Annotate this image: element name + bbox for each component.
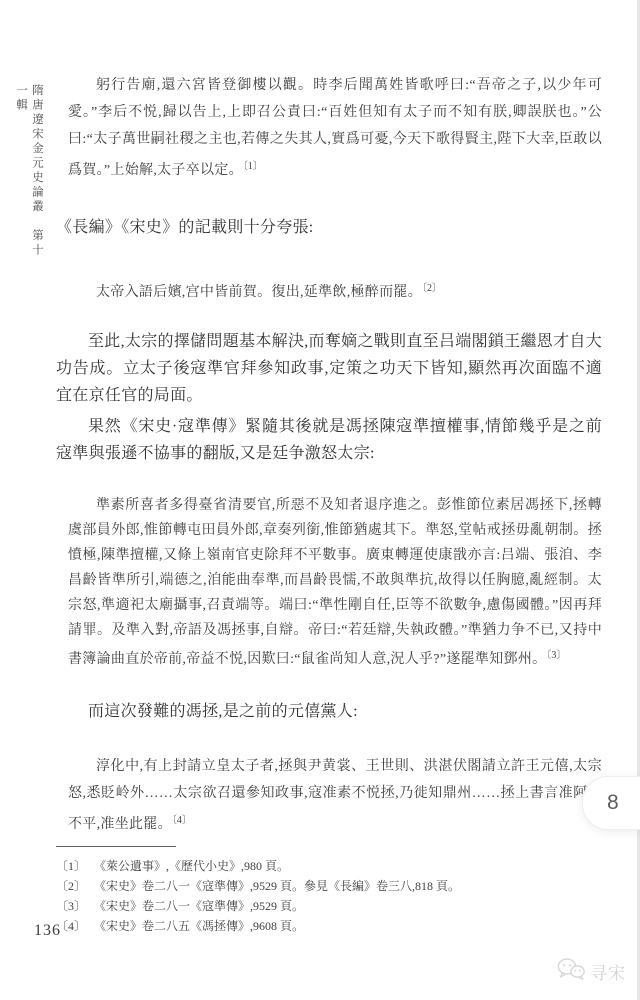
blockquote-1-text: 躬行告廟,還六宮皆登御樓以觀。時李后聞萬姓皆歌呼曰:“吾帝之子,以少年可愛。”李… xyxy=(68,78,602,178)
footnote-separator xyxy=(56,846,176,847)
footnote-item: 〔4〕 《宋史》卷二八五《馮拯傳》,9608 頁。 xyxy=(56,916,576,936)
paragraph-2: 至此,太宗的擇儲問題基本解決,而奪嫡之戰則直至吕端閣鎖王繼恩才自大功告成。立太子… xyxy=(56,328,602,409)
paragraph-4: 而這次發難的馮拯,是之前的元僖黨人: xyxy=(56,698,602,725)
footnote-item: 〔1〕 《萊公遺事》,《歷代小史》,980 頁。 xyxy=(56,856,576,876)
margin-series-title: 隋唐遼宋金元史論叢 第十一輯 xyxy=(13,84,45,264)
main-text-column: 躬行告廟,還六宮皆登御樓以觀。時李后聞萬姓皆歌呼曰:“吾帝之子,以少年可愛。”李… xyxy=(56,72,602,838)
blockquote-4: 淳化中,有上封請立皇太子者,拯與尹黄裳、王世則、洪湛伏閤請立許王元僖,太宗怒,悉… xyxy=(68,753,602,838)
footnote-text: 《宋史》卷二八一《寇準傳》,9529 頁。 xyxy=(94,896,576,916)
footnote-text: 《宋史》卷二八一《寇準傳》,9529 頁。參見《長編》卷三八,818 頁。 xyxy=(94,876,576,896)
page-nav-bubble-label: 8 xyxy=(607,791,619,815)
footnote-item: 〔3〕 《宋史》卷二八一《寇準傳》,9529 頁。 xyxy=(56,896,576,916)
footnote-marker: 〔1〕 xyxy=(56,856,86,876)
blockquote-2: 太帝入語后嬪,宫中皆前賀。復出,延準飲,極醉而罷。〔2〕 xyxy=(68,275,602,306)
footnote-ref-3: 〔3〕 xyxy=(546,650,566,661)
page-nav-bubble[interactable]: 8 xyxy=(582,776,640,830)
footnote-item: 〔2〕 《宋史》卷二八一《寇準傳》,9529 頁。參見《長編》卷三八,818 頁… xyxy=(56,876,576,896)
blockquote-3: 準素所喜者多得臺省清要官,所惡不及知者退序進之。彭惟節位素居馮拯下,拯轉虞部員外… xyxy=(68,493,602,672)
blockquote-1: 躬行告廟,還六宮皆登御樓以觀。時李后聞萬姓皆歌呼曰:“吾帝之子,以少年可愛。”李… xyxy=(68,72,602,184)
paragraph-1: 《長編》《宋史》的記載則十分夸張: xyxy=(56,214,602,241)
footnote-ref-4: 〔4〕 xyxy=(172,815,192,826)
blockquote-3-text: 準素所喜者多得臺省清要官,所惡不及知者退序進之。彭惟節位素居馮拯下,拯轉虞部員外… xyxy=(68,498,602,667)
book-page: 隋唐遼宋金元史論叢 第十一輯 躬行告廟,還六宮皆登御樓以觀。時李后聞萬姓皆歌呼曰… xyxy=(0,0,640,1000)
page-number: 136 xyxy=(34,922,61,940)
footnote-text: 《萊公遺事》,《歷代小史》,980 頁。 xyxy=(94,856,576,876)
footnote-marker: 〔3〕 xyxy=(56,896,86,916)
footnotes-section: 〔1〕 《萊公遺事》,《歷代小史》,980 頁。 〔2〕 《宋史》卷二八一《寇準… xyxy=(56,846,576,936)
footnote-marker: 〔2〕 xyxy=(56,876,86,896)
paragraph-3: 果然《宋史·寇準傳》緊隨其後就是馮拯陳寇準擅權事,情節幾乎是之前寇準與張遜不協事… xyxy=(56,413,602,467)
footnote-ref-2: 〔2〕 xyxy=(422,283,442,294)
watermark: 寻宋 xyxy=(556,957,626,986)
blockquote-4-text: 淳化中,有上封請立皇太子者,拯與尹黄裳、王世則、洪湛伏閤請立許王元僖,太宗怒,悉… xyxy=(68,759,602,832)
blockquote-2-text: 太帝入語后嬪,宫中皆前賀。復出,延準飲,極醉而罷。 xyxy=(96,285,422,300)
wechat-logo-icon xyxy=(556,957,586,986)
footnote-text: 《宋史》卷二八五《馮拯傳》,9608 頁。 xyxy=(94,916,576,936)
watermark-text: 寻宋 xyxy=(590,959,626,984)
footnote-ref-1: 〔1〕 xyxy=(243,161,263,172)
